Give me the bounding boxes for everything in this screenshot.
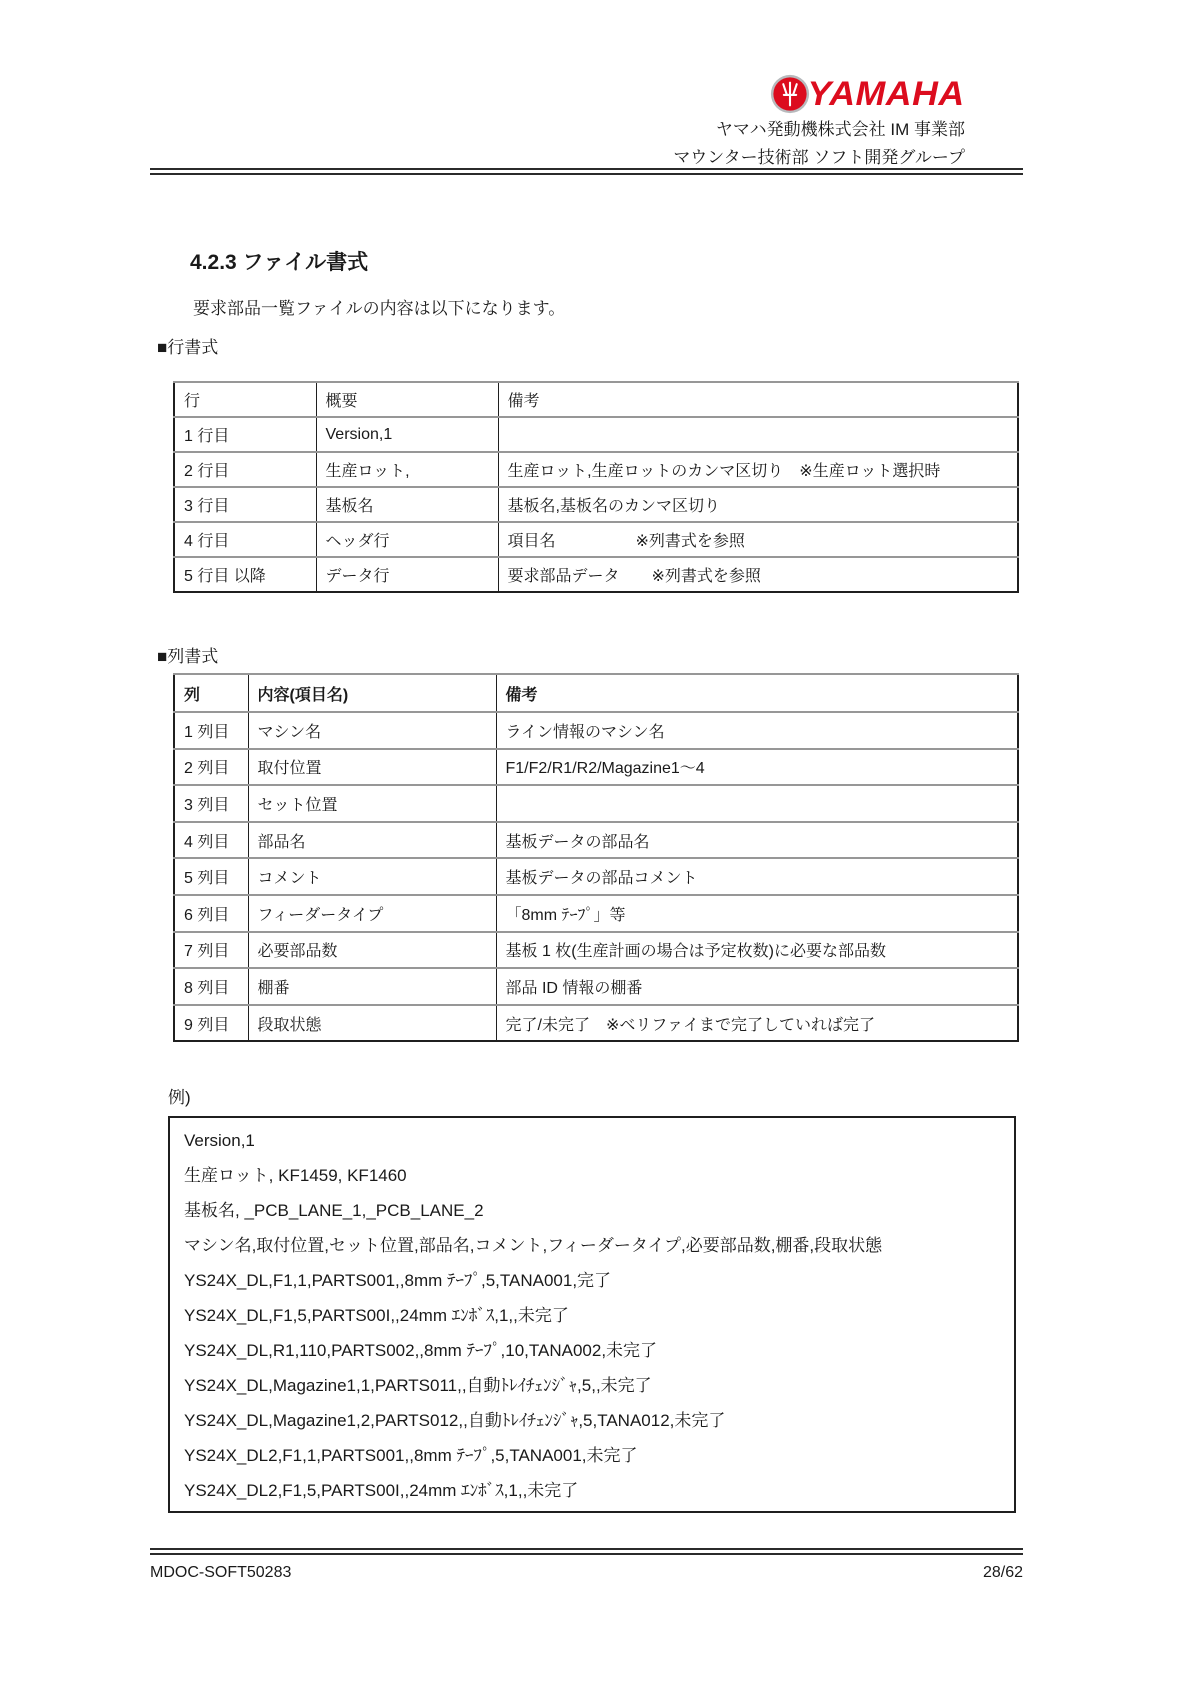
table-row: 6 列目フィーダータイプ「8mm ﾃｰﾌﾟ」等 [174,895,1018,932]
table-cell: 基板データの部品コメント [496,858,1018,895]
table-cell: 2 列目 [174,749,248,786]
table-row: 3 行目基板名基板名,基板名のカンマ区切り [174,487,1018,522]
table-header-cell: 備考 [496,674,1018,712]
example-line: 基板名, _PCB_LANE_1,_PCB_LANE_2 [184,1193,1014,1228]
table-cell: 完了/未完了 ※ベリファイまで完了していれば完了 [496,1005,1018,1042]
section-intro: 要求部品一覧ファイルの内容は以下になります。 [193,294,565,319]
example-line: YS24X_DL,F1,1,PARTS001,,8mm ﾃｰﾌﾟ,5,TANA0… [184,1263,1014,1298]
section-heading: 4.2.3 ファイル書式 [190,246,368,276]
table-row: 4 行目ヘッダ行項目名 ※列書式を参照 [174,522,1018,557]
document-id: MDOC-SOFT50283 [150,1564,291,1582]
table-cell: 1 行目 [174,417,316,452]
table-cell: 取付位置 [248,749,496,786]
table-cell: コメント [248,858,496,895]
table-cell: データ行 [316,557,498,592]
table-cell: 7 列目 [174,932,248,969]
page-number: 28/62 [983,1564,1023,1582]
table-cell: 部品 ID 情報の棚番 [496,968,1018,1005]
table-cell: 3 行目 [174,487,316,522]
example-label: 例) [168,1083,191,1108]
table-header-row: 行概要備考 [174,382,1018,417]
table-header-cell: 備考 [498,382,1018,417]
table-cell: 6 列目 [174,895,248,932]
table-row: 9 列目段取状態完了/未完了 ※ベリファイまで完了していれば完了 [174,1005,1018,1042]
table-row: 2 列目取付位置F1/F2/R1/R2/Magazine1～4 [174,749,1018,786]
table-cell: 基板データの部品名 [496,822,1018,859]
table-cell: ライン情報のマシン名 [496,712,1018,749]
table-header-cell: 内容(項目名) [248,674,496,712]
table-cell: 4 行目 [174,522,316,557]
table-cell: 8 列目 [174,968,248,1005]
table-cell: 要求部品データ ※列書式を参照 [498,557,1018,592]
table-cell: 9 列目 [174,1005,248,1042]
col-format-table: 列内容(項目名)備考1 列目マシン名ライン情報のマシン名2 列目取付位置F1/F… [173,673,1019,1042]
table-cell: 4 列目 [174,822,248,859]
table-row: 7 列目必要部品数基板 1 枚(生産計画の場合は予定枚数)に必要な部品数 [174,932,1018,969]
example-line: 生産ロット, KF1459, KF1460 [184,1158,1014,1193]
table-cell: 基板名,基板名のカンマ区切り [498,487,1018,522]
table-row: 8 列目棚番部品 ID 情報の棚番 [174,968,1018,1005]
table-cell: 項目名 ※列書式を参照 [498,522,1018,557]
table-cell: 「8mm ﾃｰﾌﾟ」等 [496,895,1018,932]
example-line: マシン名,取付位置,セット位置,部品名,コメント,フィーダータイプ,必要部品数,… [184,1228,1014,1263]
example-file-box: Version,1生産ロット, KF1459, KF1460基板名, _PCB_… [168,1116,1016,1513]
table-row: 1 行目Version,1 [174,417,1018,452]
document-page: YAMAHA ヤマハ発動機株式会社 IM 事業部 マウンター技術部 ソフト開発グ… [0,0,1191,1684]
example-line: YS24X_DL2,F1,5,PARTS00I,,24mm ｴﾝﾎﾞｽ,1,,未… [184,1473,1014,1508]
table-row: 5 列目コメント基板データの部品コメント [174,858,1018,895]
table-cell: フィーダータイプ [248,895,496,932]
example-line: YS24X_DL,Magazine1,2,PARTS012,,自動ﾄﾚｲﾁｪﾝｼ… [184,1403,1014,1438]
page-header: YAMAHA ヤマハ発動機株式会社 IM 事業部 マウンター技術部 ソフト開発グ… [673,72,965,172]
table-cell: 5 行目 以降 [174,557,316,592]
header-rule [150,168,1023,175]
row-format-table: 行概要備考1 行目Version,12 行目生産ロット,生産ロット,生産ロットの… [173,381,1019,593]
table-row: 4 列目部品名基板データの部品名 [174,822,1018,859]
table-cell: 基板 1 枚(生産計画の場合は予定枚数)に必要な部品数 [496,932,1018,969]
example-line: YS24X_DL,Magazine1,1,PARTS011,,自動ﾄﾚｲﾁｪﾝｼ… [184,1368,1014,1403]
table-cell: 生産ロット, [316,452,498,487]
table-cell: 基板名 [316,487,498,522]
row-format-label: ■行書式 [157,333,218,358]
table-cell: 5 列目 [174,858,248,895]
table-cell: セット位置 [248,785,496,822]
table-cell: ヘッダ行 [316,522,498,557]
tuning-fork-icon [770,74,810,114]
table-row: 3 列目セット位置 [174,785,1018,822]
table-cell: Version,1 [316,417,498,452]
table-cell: 生産ロット,生産ロットのカンマ区切り ※生産ロット選択時 [498,452,1018,487]
yamaha-logo: YAMAHA [673,72,965,116]
example-line: YS24X_DL2,F1,1,PARTS001,,8mm ﾃｰﾌﾟ,5,TANA… [184,1438,1014,1473]
table-cell: 棚番 [248,968,496,1005]
table-cell: マシン名 [248,712,496,749]
table-cell: 部品名 [248,822,496,859]
table-header-cell: 行 [174,382,316,417]
table-cell [498,417,1018,452]
table-cell: 1 列目 [174,712,248,749]
brand-wordmark: YAMAHA [808,75,965,114]
table-row: 2 行目生産ロット,生産ロット,生産ロットのカンマ区切り ※生産ロット選択時 [174,452,1018,487]
example-line: YS24X_DL,R1,110,PARTS002,,8mm ﾃｰﾌﾟ,10,TA… [184,1333,1014,1368]
table-cell [496,785,1018,822]
table-cell: 段取状態 [248,1005,496,1042]
page-footer: MDOC-SOFT50283 28/62 [150,1564,1023,1582]
company-name: ヤマハ発動機株式会社 IM 事業部 [673,116,965,144]
table-cell: 必要部品数 [248,932,496,969]
table-cell: F1/F2/R1/R2/Magazine1～4 [496,749,1018,786]
table-cell: 2 行目 [174,452,316,487]
table-cell: 3 列目 [174,785,248,822]
table-header-cell: 列 [174,674,248,712]
example-line: Version,1 [184,1123,1014,1158]
table-row: 5 行目 以降データ行要求部品データ ※列書式を参照 [174,557,1018,592]
col-format-label: ■列書式 [157,642,218,667]
table-header-cell: 概要 [316,382,498,417]
footer-rule [150,1548,1023,1555]
table-row: 1 列目マシン名ライン情報のマシン名 [174,712,1018,749]
table-header-row: 列内容(項目名)備考 [174,674,1018,712]
example-line: YS24X_DL,F1,5,PARTS00I,,24mm ｴﾝﾎﾞｽ,1,,未完… [184,1298,1014,1333]
